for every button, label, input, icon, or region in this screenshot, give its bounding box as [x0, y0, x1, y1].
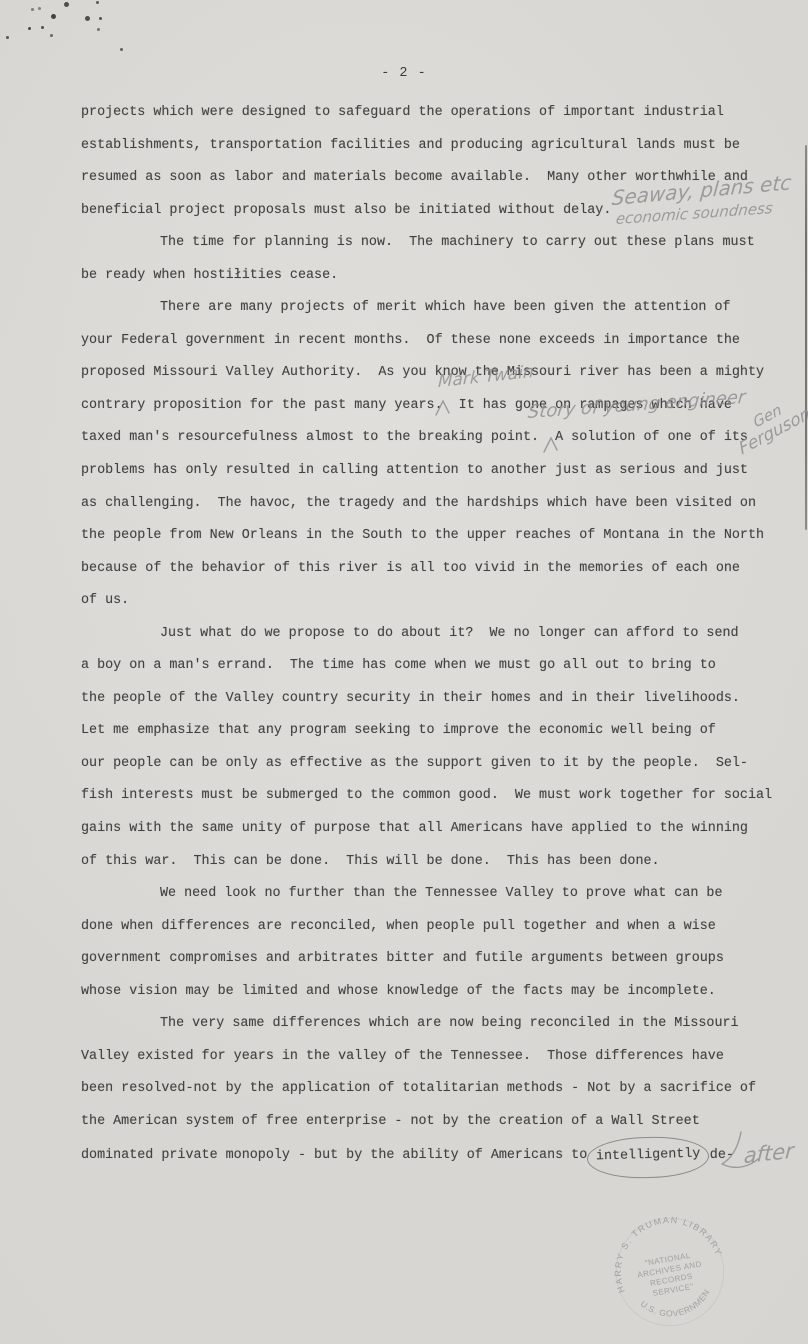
insertion-caret-icon	[544, 438, 557, 452]
document-page: - 2 - projects which were designed to sa…	[0, 0, 808, 1344]
insertion-caret-icon	[436, 401, 449, 415]
scanned-document: { "page": { "number": "- 2 -" }, "colors…	[0, 0, 808, 1344]
archive-stamp: HARRY S. TRUMAN LIBRARY U.S. GOVERNMENT …	[594, 1196, 747, 1344]
connector-stroke	[722, 1132, 758, 1167]
pencil-marks-overlay	[0, 0, 808, 1344]
